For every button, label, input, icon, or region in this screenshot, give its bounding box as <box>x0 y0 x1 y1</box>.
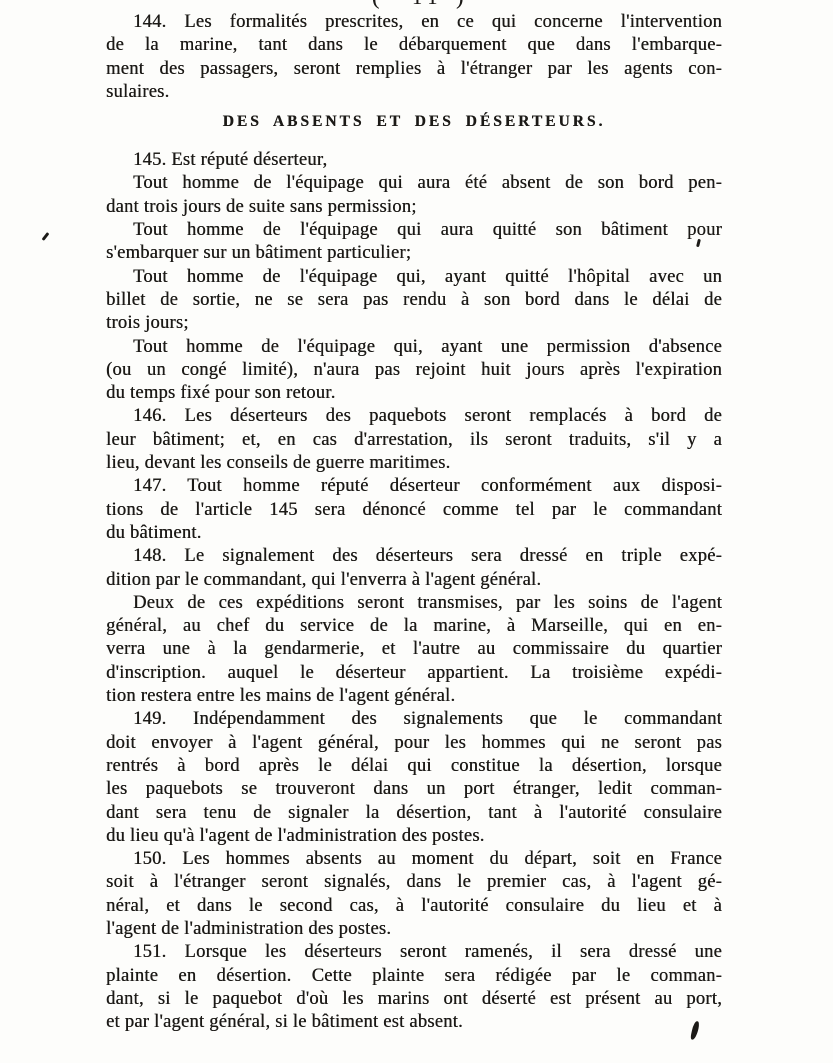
text-line: l'agent de l'administration des postes. <box>106 918 722 941</box>
text-line: du temps fixé pour son retour. <box>106 382 722 405</box>
text-line: tions de l'article 145 sera dénoncé comm… <box>106 499 722 522</box>
text-line: les paquebots se trouveront dans un port… <box>106 778 722 801</box>
text-line: (ou un congé limité), n'aura pas rejoint… <box>106 359 722 382</box>
text-block: 144. Les formalités prescrites, en ce qu… <box>106 0 722 1034</box>
text-line: du lieu qu'à l'agent de l'administration… <box>106 825 722 848</box>
text-line: soit à l'étranger seront signalés, dans … <box>106 871 722 894</box>
document-page: ( 11 ) 144. Les formalités prescrites, e… <box>0 0 833 1063</box>
text-line: 146. Les déserteurs des paquebots seront… <box>106 405 722 428</box>
text-line: Tout homme de l'équipage qui aura été ab… <box>106 172 722 195</box>
text-line: 151. Lorsque les déserteurs seront ramen… <box>106 941 722 964</box>
text-line: 148. Le signalement des déserteurs sera … <box>106 545 722 568</box>
text-line: leur bâtiment; et, en cas d'arrestation,… <box>106 429 722 452</box>
text-line: rentrés à bord après le délai qui consti… <box>106 755 722 778</box>
text-line: verra une à la gendarmerie, et l'autre a… <box>106 638 722 661</box>
text-line: néral, et dans le second cas, à l'autori… <box>106 895 722 918</box>
section-heading: DES ABSENTS ET DES DÉSERTEURS. <box>106 111 722 133</box>
text-line: tion restera entre les mains de l'agent … <box>106 685 722 708</box>
text-line: et par l'agent général, si le bâtiment e… <box>106 1011 722 1034</box>
text-line: billet de sortie, ne se sera pas rendu à… <box>106 289 722 312</box>
text-line: Tout homme de l'équipage qui, ayant une … <box>106 336 722 359</box>
text-line: dant, si le paquebot d'où les marins ont… <box>106 988 722 1011</box>
text-line: dant sera tenu de signaler la désertion,… <box>106 802 722 825</box>
text-line: lieu, devant les conseils de guerre mari… <box>106 452 722 475</box>
text-line: sulaires. <box>106 81 722 104</box>
text-line: d'inscription. auquel le déserteur appar… <box>106 662 722 685</box>
text-line: dition par le commandant, qui l'enverra … <box>106 569 722 592</box>
text-line: général, au chef du service de la marine… <box>106 615 722 638</box>
text-line: plainte en désertion. Cette plainte sera… <box>106 965 722 988</box>
text-line: de la marine, tant dans le débarquement … <box>106 34 722 57</box>
ink-speck-left-margin <box>42 232 50 241</box>
text-line: 144. Les formalités prescrites, en ce qu… <box>106 11 722 34</box>
text-line: 150. Les hommes absents au moment du dép… <box>106 848 722 871</box>
text-line: 147. Tout homme réputé déserteur conform… <box>106 475 722 498</box>
text-line: trois jours; <box>106 312 722 335</box>
text-line: du bâtiment. <box>106 522 722 545</box>
text-line: Deux de ces expéditions seront transmise… <box>106 592 722 615</box>
text-line: doit envoyer à l'agent général, pour les… <box>106 732 722 755</box>
text-line: Tout homme de l'équipage qui aura quitté… <box>106 219 722 242</box>
text-line: Tout homme de l'équipage qui, ayant quit… <box>106 266 722 289</box>
text-line: 145. Est réputé déserteur, <box>106 149 722 172</box>
text-line: 149. Indépendamment des signalements que… <box>106 708 722 731</box>
text-line: dant trois jours de suite sans permissio… <box>106 196 722 219</box>
text-line: ment des passagers, seront remplies à l'… <box>106 58 722 81</box>
text-line: s'embarquer sur un bâtiment particulier; <box>106 242 722 265</box>
